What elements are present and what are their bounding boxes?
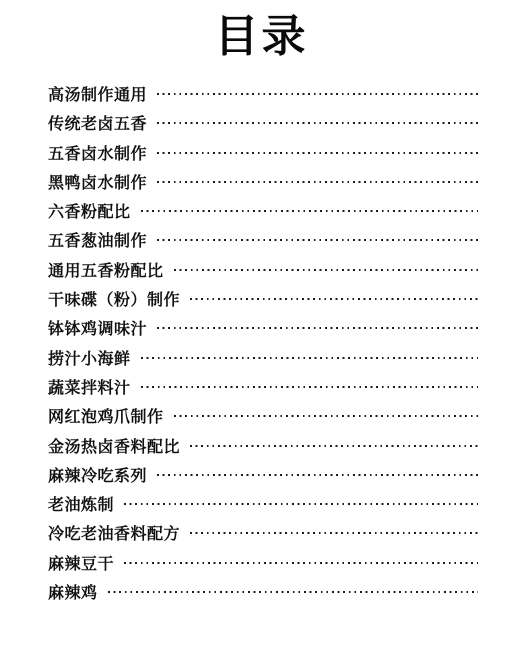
- toc-entry: 黑鸭卤水制作: [48, 167, 478, 196]
- page-title: 目录: [0, 0, 523, 64]
- toc-entry: 传统老卤五香: [48, 108, 478, 137]
- toc-entry-label: 高汤制作通用: [48, 82, 147, 105]
- dot-leader: [157, 239, 478, 241]
- toc-entry-label: 钵钵鸡调味汁: [48, 316, 147, 339]
- toc-entry: 六香粉配比: [48, 196, 478, 225]
- toc-entry-label: 金汤热卤香料配比: [48, 434, 180, 457]
- toc-entry-label: 通用五香粉配比: [48, 258, 164, 281]
- dot-leader: [174, 415, 478, 417]
- toc-entry-label: 五香葱油制作: [48, 228, 147, 251]
- toc-entry: 网红泡鸡爪制作: [48, 401, 478, 430]
- toc-entry-label: 老油炼制: [48, 492, 114, 515]
- toc-entry-label: 麻辣鸡: [48, 580, 98, 603]
- table-of-contents: 高汤制作通用 传统老卤五香 五香卤水制作 黑鸭卤水制作 六香粉配比 五香葱油制作…: [48, 79, 478, 606]
- toc-entry: 冷吃老油香料配方: [48, 518, 478, 547]
- dot-leader: [141, 210, 478, 212]
- toc-entry: 麻辣冷吃系列: [48, 460, 478, 489]
- toc-entry: 钵钵鸡调味汁: [48, 313, 478, 342]
- dot-leader: [124, 562, 478, 564]
- toc-entry: 五香葱油制作: [48, 225, 478, 254]
- toc-entry: 麻辣鸡: [48, 577, 478, 606]
- toc-entry: 五香卤水制作: [48, 137, 478, 166]
- toc-entry-label: 冷吃老油香料配方: [48, 521, 180, 544]
- dot-leader: [157, 93, 478, 95]
- toc-entry-label: 五香卤水制作: [48, 141, 147, 164]
- toc-entry-label: 六香粉配比: [48, 199, 131, 222]
- dot-leader: [190, 298, 478, 300]
- dot-leader: [157, 152, 478, 154]
- toc-entry-label: 蔬菜拌料汁: [48, 375, 131, 398]
- toc-entry: 老油炼制: [48, 489, 478, 518]
- toc-entry: 捞汁小海鲜: [48, 342, 478, 371]
- dot-leader: [157, 327, 478, 329]
- toc-entry: 干味碟（粉）制作: [48, 284, 478, 313]
- dot-leader: [141, 357, 478, 359]
- toc-entry: 蔬菜拌料汁: [48, 372, 478, 401]
- toc-entry-label: 麻辣冷吃系列: [48, 463, 147, 486]
- dot-leader: [157, 122, 478, 124]
- dot-leader: [157, 474, 478, 476]
- toc-entry-label: 传统老卤五香: [48, 111, 147, 134]
- dot-leader: [174, 269, 478, 271]
- dot-leader: [141, 386, 478, 388]
- toc-entry-label: 捞汁小海鲜: [48, 346, 131, 369]
- document-page: 目录 高汤制作通用 传统老卤五香 五香卤水制作 黑鸭卤水制作 六香粉配比 五香葱…: [0, 0, 523, 646]
- dot-leader: [108, 591, 478, 593]
- toc-entry-label: 干味碟（粉）制作: [48, 287, 180, 310]
- dot-leader: [124, 503, 478, 505]
- toc-entry: 麻辣豆干: [48, 548, 478, 577]
- toc-entry: 金汤热卤香料配比: [48, 430, 478, 459]
- dot-leader: [190, 445, 478, 447]
- toc-entry-label: 黑鸭卤水制作: [48, 170, 147, 193]
- toc-entry-label: 网红泡鸡爪制作: [48, 404, 164, 427]
- toc-entry-label: 麻辣豆干: [48, 551, 114, 574]
- toc-entry: 高汤制作通用: [48, 79, 478, 108]
- toc-entry: 通用五香粉配比: [48, 255, 478, 284]
- dot-leader: [190, 532, 478, 534]
- dot-leader: [157, 181, 478, 183]
